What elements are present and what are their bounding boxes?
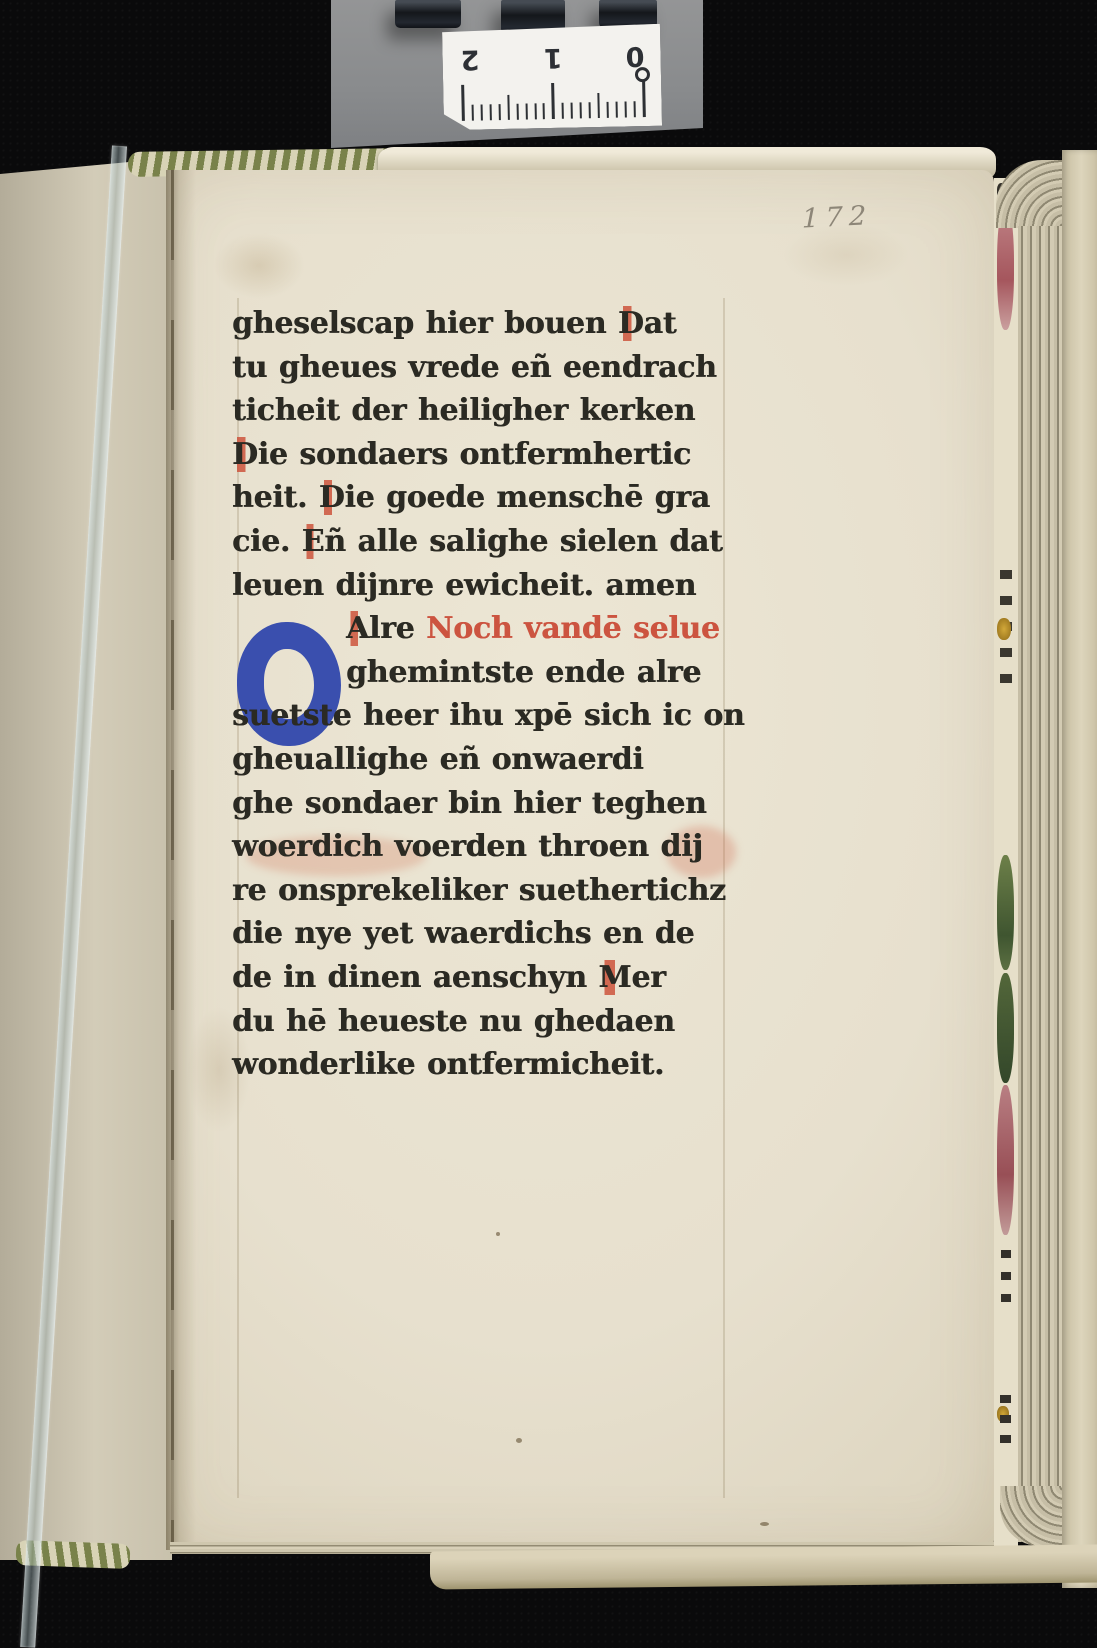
edge-decoration-green	[997, 973, 1014, 1083]
manuscript-text: ghemintste ende alre	[346, 655, 701, 690]
text-line: gheuallighe eñ onwaerdi	[232, 738, 752, 782]
ruler-tick	[571, 103, 573, 119]
ruler-tick	[525, 104, 527, 120]
ruler-tick	[607, 102, 609, 118]
manuscript-text: cie.	[232, 524, 302, 559]
manuscript-text: at	[644, 306, 677, 341]
vellum-stain	[194, 218, 324, 313]
manuscript-text: M	[598, 960, 631, 995]
binder-clip	[599, 0, 657, 28]
manuscript-text: ticheit der heiligher kerken	[232, 393, 695, 428]
edge-decoration-green	[997, 855, 1014, 970]
text-line: ticheit der heiligher kerken	[232, 389, 752, 433]
manuscript-text: gheselscap hier bouen	[232, 306, 618, 341]
binder-clip	[395, 0, 461, 28]
manuscript-text: A	[346, 611, 369, 646]
fore-edge-corner-top	[996, 160, 1064, 228]
manuscript-text: suetste heer ihu xpē sich ic on	[232, 698, 744, 733]
manuscript-text: ie goede menschē gra	[344, 480, 709, 515]
text-line: Alre Noch vandē selue	[232, 607, 752, 651]
text-line: leuen dijnre ewicheit. amen	[232, 564, 752, 608]
edge-decoration-pink	[997, 1085, 1014, 1235]
manuscript-text: woerdich voerden throen dij	[232, 829, 703, 864]
text-line: du hē heueste nu ghedaen	[232, 1000, 752, 1044]
text-line: die nye yet waerdichs en de	[232, 912, 752, 956]
ruler-tick	[507, 95, 510, 120]
ruler-tick	[471, 105, 473, 121]
ruler-tick	[516, 104, 518, 120]
ruler-tick	[534, 103, 536, 119]
ruler-tick	[580, 102, 582, 118]
text-line: suetste heer ihu xpē sich ic on	[232, 694, 752, 738]
ruler-tick	[615, 102, 617, 118]
ruler-tick	[624, 101, 626, 117]
text-line: de in dinen aenschyn Mer	[232, 956, 752, 1000]
ruler-number: 2	[460, 44, 479, 75]
ruler-ticks	[461, 79, 646, 121]
rubric-text: Noch vandē selue	[426, 611, 720, 646]
manuscript-text: du hē heueste nu ghedaen	[232, 1004, 675, 1039]
gutter-shadow	[166, 170, 196, 1550]
ruler-zero-ring	[635, 67, 650, 82]
ruler-tick	[642, 81, 646, 117]
manuscript-text: lre	[369, 611, 426, 646]
text-line: ghemintste ende alre	[232, 651, 752, 695]
ruler-tick	[498, 104, 500, 120]
text-line: Die sondaers ontfermhertic	[232, 433, 752, 477]
vellum-speck	[496, 1232, 500, 1236]
manuscript-text: D	[319, 480, 345, 515]
ruler-tick	[597, 93, 600, 118]
ruler-tick	[562, 103, 564, 119]
manuscript-text: tu gheues vrede eñ eendrach	[232, 350, 717, 385]
ruler-tick	[633, 101, 635, 117]
ruler-sticker: 210	[442, 24, 662, 131]
ruler-tick	[461, 85, 465, 121]
text-line: ghe sondaer bin hier teghen	[232, 782, 752, 826]
fore-edge-decoration	[994, 178, 1018, 1546]
text-line: cie. Eñ alle salighe sielen dat	[232, 520, 752, 564]
facing-page-edge	[0, 158, 172, 1560]
manuscript-text: heit.	[232, 480, 319, 515]
manuscript-text: er	[631, 960, 665, 995]
text-line: woerdich voerden throen dij	[232, 825, 752, 869]
manuscript-text: leuen dijnre ewicheit. amen	[232, 568, 696, 603]
manuscript-text: E	[302, 524, 325, 559]
edge-decoration-mark	[1000, 1395, 1011, 1443]
text-block: gheselscap hier bouen Dattu gheues vrede…	[232, 302, 752, 1087]
text-line: heit. Die goede menschē gra	[232, 476, 752, 520]
ruler-tick	[552, 83, 556, 119]
ruler-tick	[589, 102, 591, 118]
vellum-cover-edge	[1062, 150, 1097, 1588]
manuscript-text: gheuallighe eñ onwaerdi	[232, 742, 643, 777]
edge-decoration-mark	[1001, 1250, 1011, 1302]
ruler-number: 1	[543, 42, 562, 73]
manuscript-text: ñ alle salighe sielen dat	[324, 524, 722, 559]
manuscript-text: re onsprekeliker suethertichz	[232, 873, 726, 908]
text-line: re onsprekeliker suethertichz	[232, 869, 752, 913]
manuscript-text: ie sondaers ontfermhertic	[258, 437, 691, 472]
manuscript-text: de in dinen aenschyn	[232, 960, 598, 995]
photograph: 210 172 gheselscap hier bouen Dattu gheu…	[0, 0, 1097, 1648]
manuscript-text: die nye yet waerdichs en de	[232, 916, 694, 951]
manuscript-text: D	[618, 306, 644, 341]
fore-edge-pages	[1018, 226, 1064, 1542]
vellum-speck	[760, 1522, 769, 1526]
manuscript-text: D	[232, 437, 258, 472]
manuscript-text: wonderlike ontfermicheit.	[232, 1047, 664, 1082]
text-line: gheselscap hier bouen Dat	[232, 302, 752, 346]
vellum-speck	[516, 1438, 522, 1443]
manuscript-page: 172 gheselscap hier bouen Dattu gheues v…	[166, 170, 994, 1550]
ruler-tick	[480, 104, 482, 120]
edge-decoration-gold	[997, 618, 1011, 640]
folio-number: 172	[799, 200, 875, 235]
ruler-tick	[489, 104, 491, 120]
ruler-numbers: 210	[460, 40, 645, 75]
text-line: tu gheues vrede eñ eendrach	[232, 346, 752, 390]
cover-bottom-edge	[430, 1545, 1097, 1590]
text-line: wonderlike ontfermicheit.	[232, 1043, 752, 1087]
ruler-tick	[543, 103, 545, 119]
manuscript-text: ghe sondaer bin hier teghen	[232, 786, 707, 821]
copy-stand-plate: 210	[331, 0, 703, 150]
